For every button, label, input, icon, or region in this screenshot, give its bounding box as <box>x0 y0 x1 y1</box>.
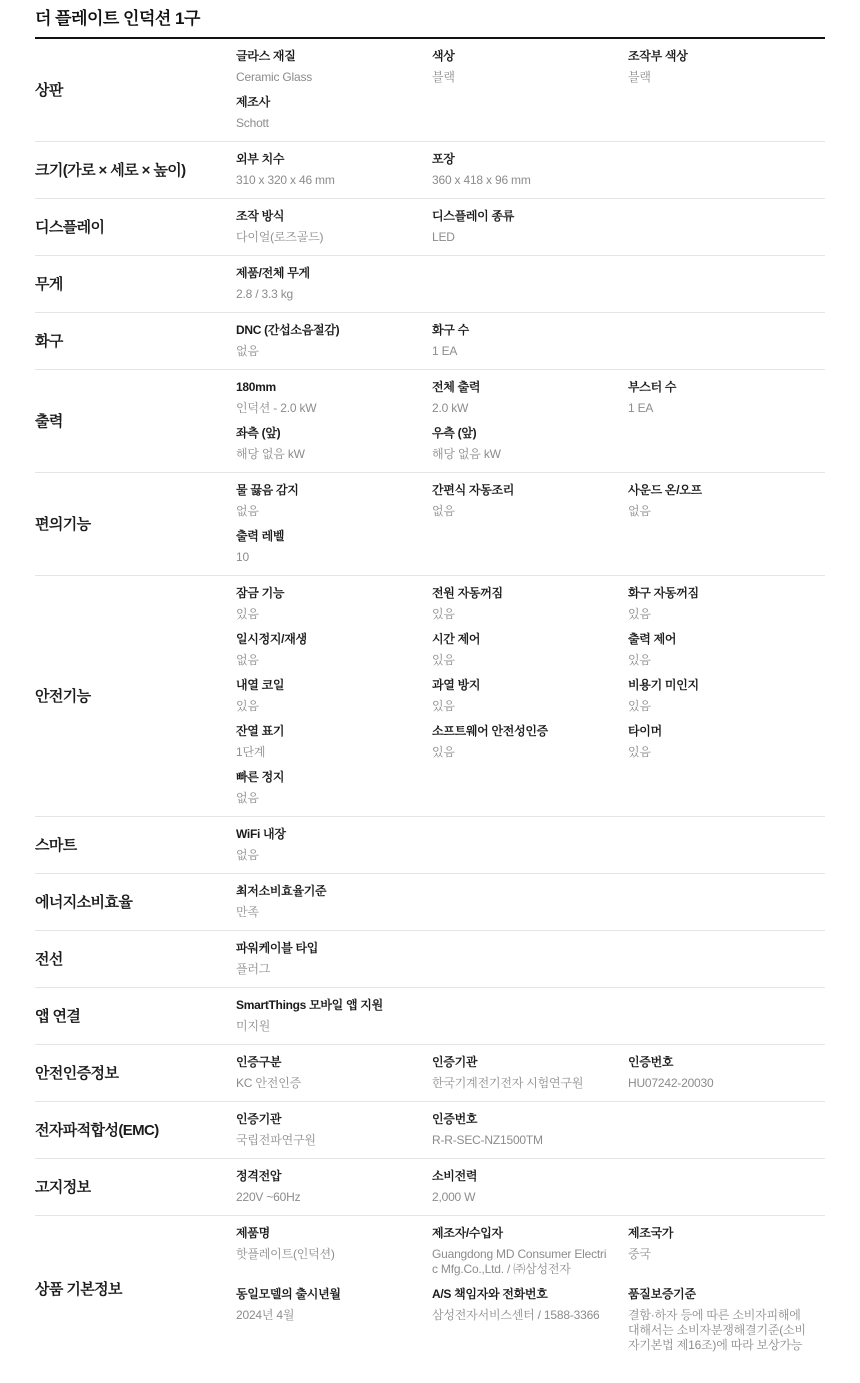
field-label: 간편식 자동조리 <box>432 483 628 497</box>
spec-field: DNC (간섭소음절감) 없음 <box>236 323 432 359</box>
spec-field: 제조자/수입자 Guangdong MD Consumer Electric M… <box>432 1226 628 1277</box>
spec-field: 잠금 기능 있음 <box>236 586 432 622</box>
product-spec-page: 더 플레이트 인덕션 1구 상판 글라스 재질 Ceramic Glass 색상… <box>0 0 860 1383</box>
field-label: 화구 수 <box>432 323 628 337</box>
section-label: 전자파적합성(EMC) <box>35 1121 236 1140</box>
spec-field: 제품명 핫플레이트(인덕션) <box>236 1226 432 1277</box>
section-label: 화구 <box>35 332 236 351</box>
spec-section: 디스플레이 조작 방식 다이얼(로즈골드) 디스플레이 종류 LED <box>35 199 825 256</box>
spec-field: 조작부 색상 블랙 <box>628 49 825 85</box>
spec-section: 에너지소비효율 최저소비효율기준 만족 <box>35 874 825 931</box>
field-value: 2,000 W <box>432 1190 628 1205</box>
field-value: 미지원 <box>236 1019 432 1034</box>
field-value: 있음 <box>236 699 432 714</box>
spec-field: 인증기관 한국기계전기전자 시험연구원 <box>432 1055 628 1091</box>
field-label: 과열 방지 <box>432 678 628 692</box>
spec-field: 소프트웨어 안전성인증 있음 <box>432 724 628 760</box>
spec-field: 내열 코일 있음 <box>236 678 432 714</box>
field-value: 한국기계전기전자 시험연구원 <box>432 1076 628 1091</box>
field-label: 우측 (앞) <box>432 426 628 440</box>
field-label: SmartThings 모바일 앱 지원 <box>236 998 432 1012</box>
field-value: HU07242-20030 <box>628 1076 825 1091</box>
spec-section: 고지정보 정격전압 220V ~60Hz 소비전력 2,000 W <box>35 1159 825 1216</box>
field-label: A/S 책임자와 전화번호 <box>432 1287 628 1301</box>
field-value: 없음 <box>628 504 825 519</box>
spec-field: 동일모델의 출시년월 2024년 4월 <box>236 1287 432 1353</box>
section-label: 상판 <box>35 81 236 100</box>
spec-field: 일시정지/재생 없음 <box>236 632 432 668</box>
field-value: 310 x 320 x 46 mm <box>236 173 432 188</box>
field-value: 결함·하자 등에 따른 소비자피해에 대해서는 소비자분쟁해결기준(소비자기본법… <box>628 1308 825 1353</box>
spec-field: 디스플레이 종류 LED <box>432 209 628 245</box>
section-fields: 제품/전체 무게 2.8 / 3.3 kg <box>236 266 825 302</box>
section-fields: 최저소비효율기준 만족 <box>236 884 825 920</box>
section-fields: 글라스 재질 Ceramic Glass 색상 블랙 조작부 색상 블랙 제조사… <box>236 49 825 131</box>
field-label: 소비전력 <box>432 1169 628 1183</box>
spec-section: 앱 연결 SmartThings 모바일 앱 지원 미지원 <box>35 988 825 1045</box>
field-label: 제조국가 <box>628 1226 825 1240</box>
spec-section: 무게 제품/전체 무게 2.8 / 3.3 kg <box>35 256 825 313</box>
field-label: 내열 코일 <box>236 678 432 692</box>
field-label: 파워케이블 타입 <box>236 941 432 955</box>
section-label: 고지정보 <box>35 1178 236 1197</box>
field-label: 시간 제어 <box>432 632 628 646</box>
field-value: 있음 <box>628 607 825 622</box>
spec-field: WiFi 내장 없음 <box>236 827 432 863</box>
spec-section: 상품 기본정보 제품명 핫플레이트(인덕션) 제조자/수입자 Guangdong… <box>35 1216 825 1363</box>
spec-field: 잔열 표기 1단계 <box>236 724 432 760</box>
field-value: 없음 <box>432 504 628 519</box>
field-label: 제품명 <box>236 1226 432 1240</box>
spec-field: 포장 360 x 418 x 96 mm <box>432 152 628 188</box>
spec-field: 조작 방식 다이얼(로즈골드) <box>236 209 432 245</box>
field-value: 없음 <box>236 504 432 519</box>
field-value: 핫플레이트(인덕션) <box>236 1247 432 1262</box>
field-value: 인덕션 - 2.0 kW <box>236 401 432 416</box>
field-label: 인증기관 <box>432 1055 628 1069</box>
field-label: 인증구분 <box>236 1055 432 1069</box>
field-label: 화구 자동꺼짐 <box>628 586 825 600</box>
field-value: KC 안전인증 <box>236 1076 432 1091</box>
field-label: 최저소비효율기준 <box>236 884 432 898</box>
spec-field: 품질보증기준 결함·하자 등에 따른 소비자피해에 대해서는 소비자분쟁해결기준… <box>628 1287 825 1353</box>
section-label: 출력 <box>35 412 236 431</box>
field-value: 있음 <box>432 607 628 622</box>
field-label: 부스터 수 <box>628 380 825 394</box>
section-label: 편의기능 <box>35 515 236 534</box>
spec-section: 전자파적합성(EMC) 인증기관 국립전파연구원 인증번호 R-R-SEC-NZ… <box>35 1102 825 1159</box>
spec-field: 색상 블랙 <box>432 49 628 85</box>
field-label: 전원 자동꺼짐 <box>432 586 628 600</box>
spec-field: 과열 방지 있음 <box>432 678 628 714</box>
field-value: 1 EA <box>432 344 628 359</box>
field-label: 동일모델의 출시년월 <box>236 1287 432 1301</box>
section-fields: WiFi 내장 없음 <box>236 827 825 863</box>
section-fields: 조작 방식 다이얼(로즈골드) 디스플레이 종류 LED <box>236 209 825 245</box>
spec-section: 안전인증정보 인증구분 KC 안전인증 인증기관 한국기계전기전자 시험연구원 … <box>35 1045 825 1102</box>
spec-field: 파워케이블 타입 플러그 <box>236 941 432 977</box>
section-fields: DNC (간섭소음절감) 없음 화구 수 1 EA <box>236 323 825 359</box>
spec-field: 빠른 정지 없음 <box>236 770 432 806</box>
section-fields: SmartThings 모바일 앱 지원 미지원 <box>236 998 825 1034</box>
spec-field: 외부 치수 310 x 320 x 46 mm <box>236 152 432 188</box>
field-value: 있음 <box>628 653 825 668</box>
field-label: 제조사 <box>236 95 432 109</box>
field-label: 빠른 정지 <box>236 770 432 784</box>
spec-field: 출력 레벨 10 <box>236 529 432 565</box>
field-label: 인증번호 <box>628 1055 825 1069</box>
field-value: LED <box>432 230 628 245</box>
spec-field: 타이머 있음 <box>628 724 825 760</box>
field-value: 있음 <box>432 745 628 760</box>
field-value: 해당 없음 kW <box>432 447 628 462</box>
field-label: 출력 레벨 <box>236 529 432 543</box>
field-value: 있음 <box>236 607 432 622</box>
spec-section: 상판 글라스 재질 Ceramic Glass 색상 블랙 조작부 색상 블랙 … <box>35 39 825 142</box>
spec-field: 정격전압 220V ~60Hz <box>236 1169 432 1205</box>
field-value: 블랙 <box>628 70 825 85</box>
field-label: 출력 제어 <box>628 632 825 646</box>
field-label: 품질보증기준 <box>628 1287 825 1301</box>
field-label: 사운드 온/오프 <box>628 483 825 497</box>
spec-field: 간편식 자동조리 없음 <box>432 483 628 519</box>
spec-section: 전선 파워케이블 타입 플러그 <box>35 931 825 988</box>
section-fields: 인증구분 KC 안전인증 인증기관 한국기계전기전자 시험연구원 인증번호 HU… <box>236 1055 825 1091</box>
spec-field: 글라스 재질 Ceramic Glass <box>236 49 432 85</box>
field-value: 있음 <box>628 745 825 760</box>
field-label: 제조자/수입자 <box>432 1226 628 1240</box>
section-fields: 인증기관 국립전파연구원 인증번호 R-R-SEC-NZ1500TM <box>236 1112 825 1148</box>
field-value: 없음 <box>236 653 432 668</box>
field-label: 전체 출력 <box>432 380 628 394</box>
section-label: 크기(가로 × 세로 × 높이) <box>35 161 236 180</box>
field-label: WiFi 내장 <box>236 827 432 841</box>
field-value: 플러그 <box>236 962 432 977</box>
field-label: 인증번호 <box>432 1112 628 1126</box>
spec-field: 출력 제어 있음 <box>628 632 825 668</box>
field-value: 있음 <box>628 699 825 714</box>
spec-field: 제조국가 중국 <box>628 1226 825 1277</box>
field-label: 소프트웨어 안전성인증 <box>432 724 628 738</box>
spec-section: 화구 DNC (간섭소음절감) 없음 화구 수 1 EA <box>35 313 825 370</box>
spec-field: 전원 자동꺼짐 있음 <box>432 586 628 622</box>
section-label: 스마트 <box>35 836 236 855</box>
field-value: 있음 <box>432 699 628 714</box>
field-value: 1 EA <box>628 401 825 416</box>
spec-field: 인증구분 KC 안전인증 <box>236 1055 432 1091</box>
spec-table: 상판 글라스 재질 Ceramic Glass 색상 블랙 조작부 색상 블랙 … <box>35 39 825 1363</box>
section-label: 에너지소비효율 <box>35 893 236 912</box>
section-fields: 파워케이블 타입 플러그 <box>236 941 825 977</box>
section-label: 안전기능 <box>35 687 236 706</box>
section-label: 디스플레이 <box>35 218 236 237</box>
field-label: 비용기 미인지 <box>628 678 825 692</box>
field-value: Ceramic Glass <box>236 70 432 85</box>
spec-field: 사운드 온/오프 없음 <box>628 483 825 519</box>
spec-field: 화구 자동꺼짐 있음 <box>628 586 825 622</box>
spec-section: 스마트 WiFi 내장 없음 <box>35 817 825 874</box>
spec-section: 출력 180mm 인덕션 - 2.0 kW 전체 출력 2.0 kW 부스터 수… <box>35 370 825 473</box>
field-value: 해당 없음 kW <box>236 447 432 462</box>
spec-field: 인증번호 R-R-SEC-NZ1500TM <box>432 1112 628 1148</box>
section-fields: 물 끓음 감지 없음 간편식 자동조리 없음 사운드 온/오프 없음 출력 레벨… <box>236 483 825 565</box>
field-label: 색상 <box>432 49 628 63</box>
field-value: 국립전파연구원 <box>236 1133 432 1148</box>
field-label: 물 끓음 감지 <box>236 483 432 497</box>
field-label: 타이머 <box>628 724 825 738</box>
section-label: 안전인증정보 <box>35 1064 236 1083</box>
field-value: 없음 <box>236 791 432 806</box>
spec-section: 안전기능 잠금 기능 있음 전원 자동꺼짐 있음 화구 자동꺼짐 있음 일시정지… <box>35 576 825 817</box>
field-label: 정격전압 <box>236 1169 432 1183</box>
field-value: 삼성전자서비스센터 / 1588-3366 <box>432 1308 628 1323</box>
spec-field: 화구 수 1 EA <box>432 323 628 359</box>
spec-field: 180mm 인덕션 - 2.0 kW <box>236 380 432 416</box>
spec-field: 비용기 미인지 있음 <box>628 678 825 714</box>
spec-field: SmartThings 모바일 앱 지원 미지원 <box>236 998 432 1034</box>
section-fields: 정격전압 220V ~60Hz 소비전력 2,000 W <box>236 1169 825 1205</box>
spec-field: 최저소비효율기준 만족 <box>236 884 432 920</box>
field-value: 2.8 / 3.3 kg <box>236 287 432 302</box>
spec-field: 전체 출력 2.0 kW <box>432 380 628 416</box>
spec-field: 부스터 수 1 EA <box>628 380 825 416</box>
spec-field: 인증번호 HU07242-20030 <box>628 1055 825 1091</box>
field-label: 좌측 (앞) <box>236 426 432 440</box>
field-value: 중국 <box>628 1247 825 1262</box>
spec-field: 좌측 (앞) 해당 없음 kW <box>236 426 432 462</box>
spec-field: 제조사 Schott <box>236 95 432 131</box>
section-fields: 180mm 인덕션 - 2.0 kW 전체 출력 2.0 kW 부스터 수 1 … <box>236 380 825 462</box>
field-value: R-R-SEC-NZ1500TM <box>432 1133 628 1148</box>
field-value: 없음 <box>236 344 432 359</box>
field-value: Guangdong MD Consumer Electric Mfg.Co.,L… <box>432 1247 628 1277</box>
field-label: 디스플레이 종류 <box>432 209 628 223</box>
field-label: 인증기관 <box>236 1112 432 1126</box>
spec-section: 크기(가로 × 세로 × 높이) 외부 치수 310 x 320 x 46 mm… <box>35 142 825 199</box>
spec-field: 시간 제어 있음 <box>432 632 628 668</box>
field-label: 글라스 재질 <box>236 49 432 63</box>
field-value: 10 <box>236 550 432 565</box>
field-value: 360 x 418 x 96 mm <box>432 173 628 188</box>
page-title: 더 플레이트 인덕션 1구 <box>35 9 825 39</box>
field-label: 잠금 기능 <box>236 586 432 600</box>
field-label: 일시정지/재생 <box>236 632 432 646</box>
spec-field: A/S 책임자와 전화번호 삼성전자서비스센터 / 1588-3366 <box>432 1287 628 1353</box>
section-label: 전선 <box>35 950 236 969</box>
field-label: 180mm <box>236 380 432 394</box>
section-fields: 외부 치수 310 x 320 x 46 mm 포장 360 x 418 x 9… <box>236 152 825 188</box>
field-label: DNC (간섭소음절감) <box>236 323 432 337</box>
section-label: 상품 기본정보 <box>35 1280 236 1299</box>
spec-field: 물 끓음 감지 없음 <box>236 483 432 519</box>
field-label: 제품/전체 무게 <box>236 266 432 280</box>
spec-field: 인증기관 국립전파연구원 <box>236 1112 432 1148</box>
field-label: 외부 치수 <box>236 152 432 166</box>
field-value: 만족 <box>236 905 432 920</box>
field-value: Schott <box>236 116 432 131</box>
section-label: 무게 <box>35 275 236 294</box>
spec-field: 소비전력 2,000 W <box>432 1169 628 1205</box>
section-fields: 제품명 핫플레이트(인덕션) 제조자/수입자 Guangdong MD Cons… <box>236 1226 825 1353</box>
field-label: 잔열 표기 <box>236 724 432 738</box>
field-value: 블랙 <box>432 70 628 85</box>
field-value: 220V ~60Hz <box>236 1190 432 1205</box>
field-value: 2024년 4월 <box>236 1308 432 1323</box>
spec-field: 우측 (앞) 해당 없음 kW <box>432 426 628 462</box>
spec-section: 편의기능 물 끓음 감지 없음 간편식 자동조리 없음 사운드 온/오프 없음 … <box>35 473 825 576</box>
field-label: 조작 방식 <box>236 209 432 223</box>
section-label: 앱 연결 <box>35 1007 236 1026</box>
field-value: 있음 <box>432 653 628 668</box>
field-value: 다이얼(로즈골드) <box>236 230 432 245</box>
field-value: 1단계 <box>236 745 432 760</box>
section-fields: 잠금 기능 있음 전원 자동꺼짐 있음 화구 자동꺼짐 있음 일시정지/재생 없… <box>236 586 825 806</box>
field-value: 2.0 kW <box>432 401 628 416</box>
field-label: 조작부 색상 <box>628 49 825 63</box>
field-value: 없음 <box>236 848 432 863</box>
field-label: 포장 <box>432 152 628 166</box>
spec-field: 제품/전체 무게 2.8 / 3.3 kg <box>236 266 432 302</box>
